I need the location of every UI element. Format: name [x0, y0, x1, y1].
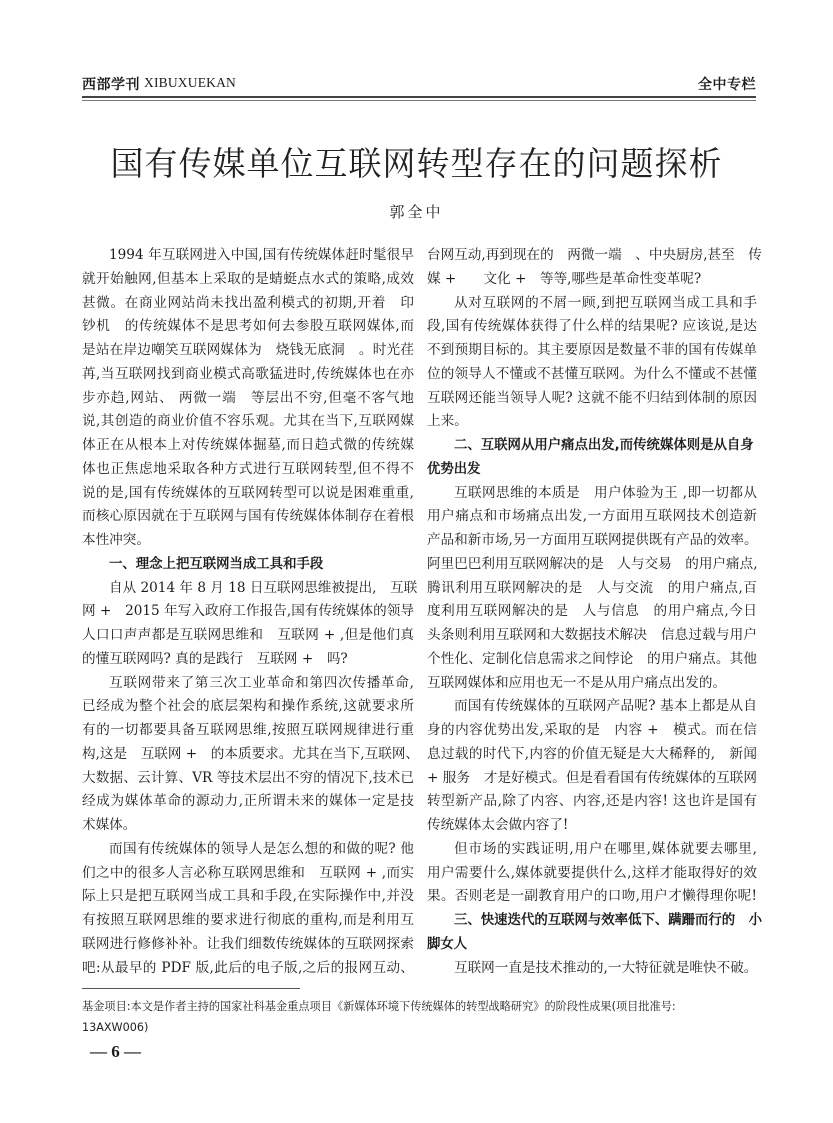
text-line: 身的内容优势出发,采取的是 内容 + 模式。而在信 — [427, 719, 757, 743]
journal-name-cn: 西部学刊 — [82, 74, 140, 94]
text-line: 互联网思维的本质是 用户体验为王 ,即一切都从 — [427, 482, 757, 506]
section-heading-line: 优势出发 — [427, 458, 757, 482]
text-line: 腾讯利用互联网解决的是 人与交流 的用户痛点,百 — [427, 577, 757, 601]
text-line: 苒,当互联网找到商业模式高歌猛进时,传统媒体也在亦 — [82, 363, 414, 387]
section-heading-line: 脚女人 — [427, 933, 757, 957]
text-line: 用户需要什么,媒体就要提供什么,这样才能取得好的效 — [427, 862, 757, 886]
text-line: 网 + 2015 年写入政府工作报告,国有传统媒体的领导 — [82, 600, 414, 624]
text-line: 上来。 — [427, 410, 757, 434]
section-heading-line: 一、理念上把互联网当成工具和手段 — [82, 553, 414, 577]
footnote-rule — [82, 988, 300, 989]
text-line: 的懂互联网吗? 真的是践行 互联网 + 吗? — [82, 648, 414, 672]
header-rule-thick — [82, 96, 756, 98]
text-line: 就开始触网,但基本上采取的是蜻蜓点水式的策略,成效 — [82, 268, 414, 292]
section-heading-line: 三、快速迭代的互联网与效率低下、蹒跚而行的 小 — [427, 909, 757, 933]
text-line: 息过载的时代下,内容的价值无疑是大大稀释的, 新闻 — [427, 743, 757, 767]
text-line: 互联网带来了第三次工业革命和第四次传播革命, — [82, 672, 414, 696]
footnote-line-2: 13AXW006) — [82, 1017, 758, 1038]
text-line: 不到预期目标的。其主要原因是数量不菲的国有传媒单 — [427, 339, 757, 363]
text-line: 而核心原因就在于互联网与国有传统媒体体制存在着根 — [82, 505, 414, 529]
article-title: 国有传媒单位互联网转型存在的问题探析 — [0, 138, 833, 185]
text-line: 说的是,国有传统媒体的互联网转型可以说是困难重重, — [82, 482, 414, 506]
running-header: 西部学刊 XIBUXUEKAN 全中专栏 — [82, 74, 756, 94]
text-line: 用户痛点和市场痛点出发,一方面用互联网技术创造新 — [427, 505, 757, 529]
journal-name-en: XIBUXUEKAN — [144, 75, 236, 91]
text-line: 大数据、云计算、VR 等技术层出不穷的情况下,技术已 — [82, 767, 414, 791]
column-label: 全中专栏 — [698, 74, 756, 94]
text-line: 段,国有传统媒体获得了什么样的结果呢? 应该说,是达 — [427, 315, 757, 339]
text-line: 产品和新市场,另一方面用互联网提供既有产品的效率。 — [427, 529, 757, 553]
text-line: 体正在从根本上对传统媒体掘墓,而日趋式微的传统媒 — [82, 434, 414, 458]
text-line: 1994 年互联网进入中国,国有传统媒体赶时髦很早 — [82, 244, 414, 268]
text-line: 个性化、定制化信息需求之间悖论 的用户痛点。其他 — [427, 648, 757, 672]
text-line: 本性冲突。 — [82, 529, 414, 553]
text-line: 位的领导人不懂或不甚懂互联网。为什么不懂或不甚懂 — [427, 363, 757, 387]
text-line: 说,其创造的商业价值不容乐观。尤其在当下,互联网媒 — [82, 410, 414, 434]
text-line: 而国有传统媒体的互联网产品呢? 基本上都是从自 — [427, 695, 757, 719]
text-line: + 服务 才是好模式。但是看看国有传统媒体的互联网 — [427, 767, 757, 791]
text-line: 度利用互联网解决的是 人与信息 的用户痛点,今日 — [427, 600, 757, 624]
text-line: 互联网媒体和应用也无一不是从用户痛点出发的。 — [427, 672, 757, 696]
text-line: 吧:从最早的 PDF 版,此后的电子版,之后的报网互动、 — [82, 957, 414, 981]
text-line: 有按照互联网思维的要求进行彻底的重构,而是利用互 — [82, 909, 414, 933]
text-line: 头条则利用互联网和大数据技术解决 信息过载与用户 — [427, 624, 757, 648]
text-line: 是站在岸边嘲笑互联网媒体为 烧钱无底洞 。时光荏 — [82, 339, 414, 363]
text-line: 人口口声声都是互联网思维和 互联网 + ,但是他们真 — [82, 624, 414, 648]
text-line: 际上只是把互联网当成工具和手段,在实际操作中,并没 — [82, 885, 414, 909]
header-rule-thin — [82, 100, 756, 101]
text-line: 传统媒体太会做内容了! — [427, 814, 757, 838]
article-author: 郭全中 — [0, 201, 833, 222]
text-line: 体也正焦虑地采取各种方式进行互联网转型,但不得不 — [82, 458, 414, 482]
page-number: — 6 — — [90, 1042, 141, 1062]
text-line: 已经成为整个社会的底层架构和操作系统,这就要求所 — [82, 695, 414, 719]
text-line: 互联网还能当领导人呢? 这就不能不归结到体制的原因 — [427, 387, 757, 411]
text-line: 阿里巴巴利用互联网解决的是 人与交易 的用户痛点, — [427, 553, 757, 577]
text-line: 术媒体。 — [82, 814, 414, 838]
text-line: 台网互动,再到现在的 两微一端 、中央厨房,甚至 传 — [427, 244, 757, 268]
footnote-line-1: 基金项目:本文是作者主持的国家社科基金重点项目《新媒体环境下传统媒体的转型战略研… — [82, 996, 758, 1017]
left-column: 1994 年互联网进入中国,国有传统媒体赶时髦很早就开始触网,但基本上采取的是蜻… — [82, 244, 414, 980]
text-line: 甚微。在商业网站尚未找出盈利模式的初期,开着 印 — [82, 292, 414, 316]
text-line: 构,这是 互联网 + 的本质要求。尤其在当下,互联网、 — [82, 743, 414, 767]
text-line: 步亦趋,网站、 两微一端 等层出不穷,但毫不客气地 — [82, 387, 414, 411]
section-heading-line: 二、互联网从用户痛点出发,而传统媒体则是从自身 — [427, 434, 757, 458]
text-line: 从对互联网的不屑一顾,到把互联网当成工具和手 — [427, 292, 757, 316]
text-line: 但市场的实践证明,用户在哪里,媒体就要去哪里, — [427, 838, 757, 862]
text-line: 而国有传统媒体的领导人是怎么想的和做的呢? 他 — [82, 838, 414, 862]
text-line: 自从 2014 年 8 月 18 日互联网思维被提出, 互联 — [82, 577, 414, 601]
text-line: 转型新产品,除了内容、内容,还是内容! 这也许是国有 — [427, 790, 757, 814]
text-line: 们之中的很多人言必称互联网思维和 互联网 + ,而实 — [82, 862, 414, 886]
text-line: 媒 + 文化 + 等等,哪些是革命性变革呢? — [427, 268, 757, 292]
text-line: 互联网一直是技术推动的,一大特征就是唯快不破。 — [427, 957, 757, 981]
right-column: 台网互动,再到现在的 两微一端 、中央厨房,甚至 传媒 + 文化 + 等等,哪些… — [427, 244, 757, 980]
text-line: 钞机 的传统媒体不是思考如何去参股互联网媒体,而 — [82, 315, 414, 339]
text-line: 联网进行修修补补。让我们细数传统媒体的互联网探索 — [82, 933, 414, 957]
footnote: 基金项目:本文是作者主持的国家社科基金重点项目《新媒体环境下传统媒体的转型战略研… — [82, 996, 758, 1038]
text-line: 有的一切都要具备互联网思维,按照互联网规律进行重 — [82, 719, 414, 743]
text-line: 经成为媒体革命的源动力,正所谓未来的媒体一定是技 — [82, 790, 414, 814]
text-line: 果。否则老是一副教育用户的口吻,用户才懒得理你呢! — [427, 885, 757, 909]
